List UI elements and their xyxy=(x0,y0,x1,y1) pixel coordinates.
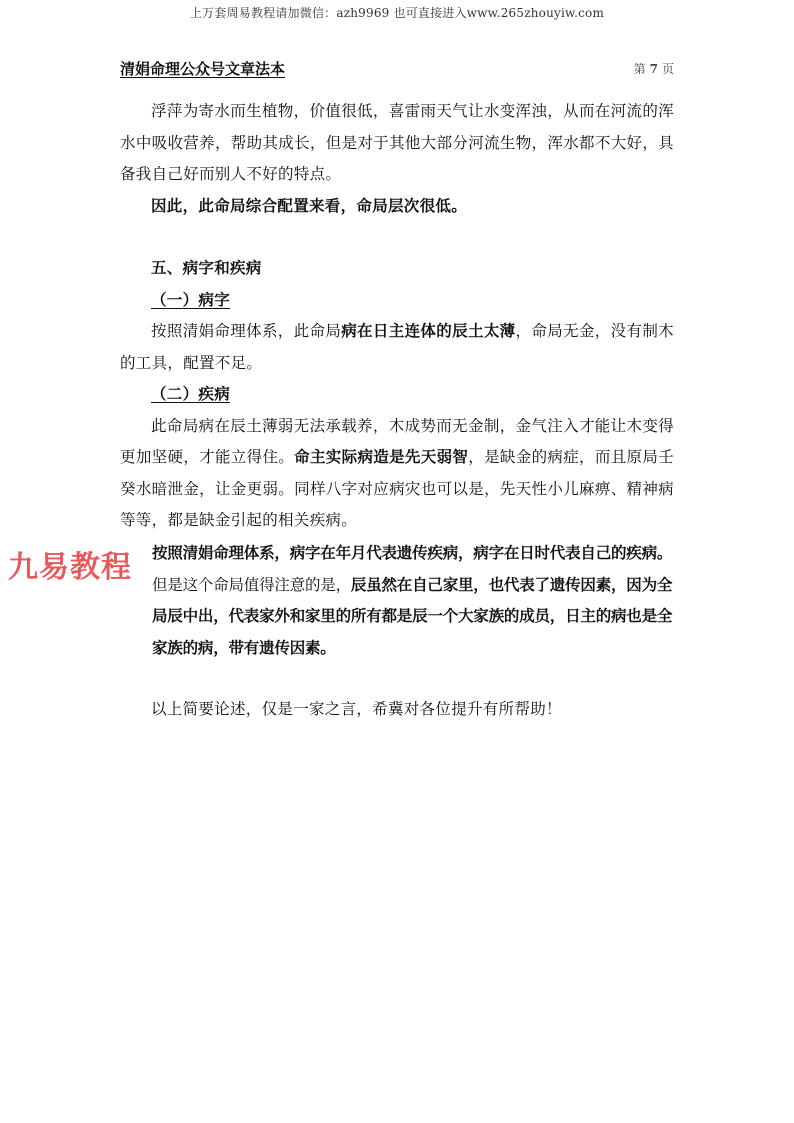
section-heading-5: 五、病字和疾病 xyxy=(120,253,674,285)
paragraph-5: 按照清娟命理体系，病字在年月代表遗传疾病，病字在日时代表自己的疾病。 xyxy=(152,538,676,570)
paragraph-6-text-a: 但是这个命局值得注意的是， xyxy=(152,576,351,594)
page-number-value: 7 xyxy=(650,62,658,76)
watermark-logo: 九易教程 xyxy=(8,542,132,586)
paragraph-3: 按照清娟命理体系，此命局病在日主连体的辰土太薄，命局无金，没有制木的工具，配置不… xyxy=(120,316,674,379)
closing-section: 以上简要论述，仅是一家之言，希冀对各位提升有所帮助！ xyxy=(120,694,674,726)
subheading-2-text: （二）疾病 xyxy=(151,385,230,403)
paragraph-4-bold: 命主实际病造是先天弱智 xyxy=(294,448,468,466)
subheading-1: （一）病字 xyxy=(120,285,674,317)
page-suffix: 页 xyxy=(662,62,674,76)
document-title: 清娟命理公众号文章法本 xyxy=(120,58,285,79)
paragraph-4: 此命局病在辰土薄弱无法承载养，木成势而无金制，金气注入才能让木变得更加坚硬，才能… xyxy=(120,411,674,537)
paragraph-3-bold: 病在日主连体的辰土太薄 xyxy=(341,322,515,340)
page-prefix: 第 xyxy=(634,62,646,76)
paragraph-1: 浮萍为寄水而生植物，价值很低，喜雷雨天气让水变浑浊，从而在河流的浑水中吸收营养，… xyxy=(120,96,674,191)
paragraph-3-text-a: 按照清娟命理体系，此命局 xyxy=(151,322,341,340)
paragraph-2-conclusion: 因此，此命局综合配置来看，命局层次很低。 xyxy=(120,191,674,223)
top-banner: 上万套周易教程请加微信：azh9969 也可直接进入www.265zhouyiw… xyxy=(0,4,794,21)
paragraph-7-closing: 以上简要论述，仅是一家之言，希冀对各位提升有所帮助！ xyxy=(120,694,674,726)
subheading-2: （二）疾病 xyxy=(120,379,674,411)
document-body: 浮萍为寄水而生植物，价值很低，喜雷雨天气让水变浑浊，从而在河流的浑水中吸收营养，… xyxy=(120,96,674,537)
document-header: 清娟命理公众号文章法本 第7页 xyxy=(120,58,674,80)
paragraph-6: 但是这个命局值得注意的是，辰虽然在自己家里，也代表了遗传因素，因为全局辰中出，代… xyxy=(152,570,676,665)
paragraph-5-group: 按照清娟命理体系，病字在年月代表遗传疾病，病字在日时代表自己的疾病。 但是这个命… xyxy=(152,538,676,664)
page-number: 第7页 xyxy=(634,60,674,77)
subheading-1-text: （一）病字 xyxy=(151,291,230,309)
